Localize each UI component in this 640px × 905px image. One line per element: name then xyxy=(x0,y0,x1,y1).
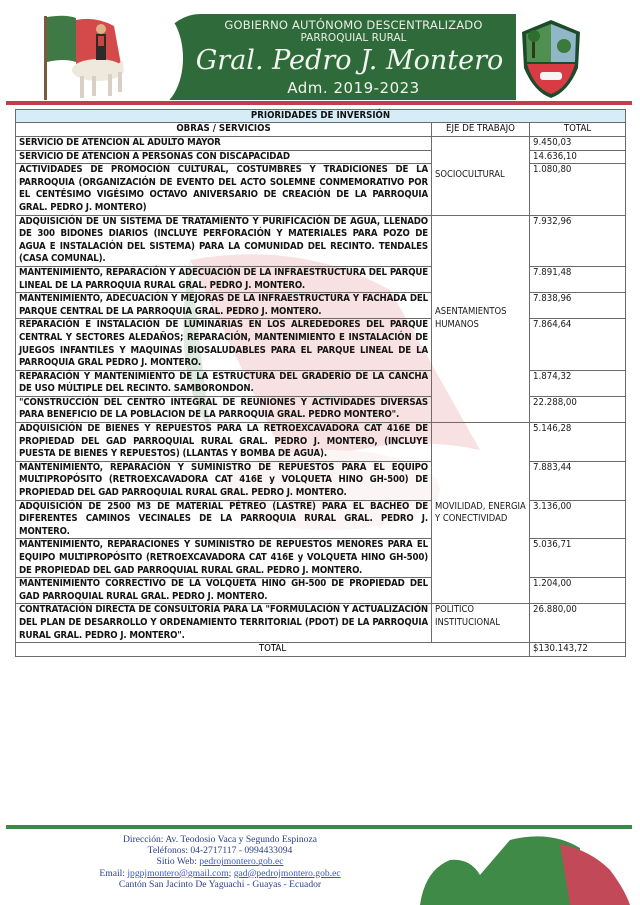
investment-priorities-table: PRIORIDADES DE INVERSIÓN OBRAS / SERVICI… xyxy=(15,109,626,657)
parish-shield-icon xyxy=(518,18,584,100)
obra-cell: REPARACIÓN E INSTALACIÓN DE LUMINARIAS E… xyxy=(16,319,432,370)
header-org-line1: GOBIERNO AUTÓNOMO DESCENTRALIZADO xyxy=(191,18,516,32)
obra-cell: MANTENIMIENTO CORRECTIVO DE LA VOLQUETA … xyxy=(16,578,432,604)
total-cell: 7.932,96 xyxy=(530,215,626,266)
obra-cell: ADQUISICIÓN DE 2500 M3 DE MATERIAL PÉTRE… xyxy=(16,500,432,539)
table-row: SERVICIO DE ATENCION AL ADULTO MAYOR SOC… xyxy=(16,137,626,151)
total-cell: 1.874,32 xyxy=(530,370,626,396)
obra-cell: MANTENIMIENTO, REPARACIÓN Y SUMINISTRO D… xyxy=(16,461,432,500)
column-header-obras: OBRAS / SERVICIOS xyxy=(16,123,432,137)
column-header-eje: EJE DE TRABAJO xyxy=(432,123,530,137)
header-administration: Adm. 2019-2023 xyxy=(191,79,516,97)
email-link-gad[interactable]: gad@pedrojmontero.gob.ec xyxy=(234,868,341,879)
table-row: MANTENIMIENTO, REPARACIÓN Y SUMINISTRO D… xyxy=(16,461,626,500)
total-cell: 26.880,00 xyxy=(530,604,626,643)
total-cell: 1.080,80 xyxy=(530,164,626,215)
table-row: MANTENIMIENTO, ADECUACIÓN Y MEJORAS DE L… xyxy=(16,293,626,319)
eje-cell-asentamientos: ASENTAMIENTOS HUMANOS xyxy=(432,215,530,423)
total-cell: 5.146,28 xyxy=(530,423,626,462)
total-cell: 3.136,00 xyxy=(530,500,626,539)
website-link[interactable]: pedrojmontero.gob.ec xyxy=(199,856,283,867)
obra-cell: ADQUISICIÓN DE BIENES Y REPUESTOS PARA L… xyxy=(16,423,432,462)
total-cell: 5.036,71 xyxy=(530,539,626,578)
email-link-gmail[interactable]: jpgpjmontero@gmail.com xyxy=(127,868,228,879)
total-cell: 22.288,00 xyxy=(530,396,626,422)
header-banner: GOBIERNO AUTÓNOMO DESCENTRALIZADO PARROQ… xyxy=(143,14,516,100)
total-cell: 9.450,03 xyxy=(530,137,626,151)
footer-website: Sitio Web: pedrojmontero.gob.ec xyxy=(60,856,380,867)
table-row: MANTENIMIENTO, REPARACIÓN Y ADECUACIÓN D… xyxy=(16,266,626,292)
total-value: $130.143,72 xyxy=(530,643,626,657)
table-title: PRIORIDADES DE INVERSIÓN xyxy=(16,110,626,123)
total-label: TOTAL xyxy=(16,643,530,657)
total-cell: 7.891,48 xyxy=(530,266,626,292)
header-parish-name: Gral. Pedro J. Montero xyxy=(183,45,516,76)
footer-contact: Dirección: Av. Teodosio Vaca y Segundo E… xyxy=(60,834,380,890)
obra-cell: ACTIVIDADES DE PROMOCIÓN CULTURAL, COSTU… xyxy=(16,164,432,215)
obra-cell: CONTRATACIÓN DIRECTA DE CONSULTORÍA PARA… xyxy=(16,604,432,643)
eje-cell-movilidad: MOVILIDAD, ENERGIA Y CONECTIVIDAD xyxy=(432,423,530,604)
obra-cell: ADQUISICIÓN DE UN SISTEMA DE TRATAMIENTO… xyxy=(16,215,432,266)
column-header-total: TOTAL xyxy=(530,123,626,137)
table-row: CONTRATACIÓN DIRECTA DE CONSULTORÍA PARA… xyxy=(16,604,626,643)
obra-cell: MANTENIMIENTO, REPARACIÓN Y ADECUACIÓN D… xyxy=(16,266,432,292)
footer-email: Email: jpgpjmontero@gmail.com; gad@pedro… xyxy=(60,868,380,879)
total-cell: 14.636,10 xyxy=(530,150,626,164)
footer-divider xyxy=(6,825,632,829)
header-divider xyxy=(6,101,632,105)
total-cell: 7.864,64 xyxy=(530,319,626,370)
footer-location: Cantón San Jacinto De Yaguachi - Guayas … xyxy=(60,879,380,890)
table-row: MANTENIMIENTO CORRECTIVO DE LA VOLQUETA … xyxy=(16,578,626,604)
obra-cell: SERVICIO DE ATENCION AL ADULTO MAYOR xyxy=(16,137,432,151)
eje-cell-sociocultural: SOCIOCULTURAL xyxy=(432,137,530,216)
table-row: ADQUISICIÓN DE 2500 M3 DE MATERIAL PÉTRE… xyxy=(16,500,626,539)
table-row: SERVICIO DE ATENCION A PERSONAS CON DISC… xyxy=(16,150,626,164)
obra-cell: MANTENIMIENTO, ADECUACIÓN Y MEJORAS DE L… xyxy=(16,293,432,319)
table-row: ADQUISICIÓN DE BIENES Y REPUESTOS PARA L… xyxy=(16,423,626,462)
table-row: MANTENIMIENTO, REPARACIONES Y SUMINISTRO… xyxy=(16,539,626,578)
eje-cell-politico: POLITICO INSTITUCIONAL xyxy=(432,604,530,643)
table-row: "CONSTRUCCIÓN DEL CENTRO INTEGRAL DE REU… xyxy=(16,396,626,422)
footer-address: Dirección: Av. Teodosio Vaca y Segundo E… xyxy=(60,834,380,845)
footer-phones: Teléfonos: 04-2717117 - 0994433094 xyxy=(60,845,380,856)
obra-cell: SERVICIO DE ATENCION A PERSONAS CON DISC… xyxy=(16,150,432,164)
obra-cell: MANTENIMIENTO, REPARACIONES Y SUMINISTRO… xyxy=(16,539,432,578)
letterhead: GOBIERNO AUTÓNOMO DESCENTRALIZADO PARROQ… xyxy=(0,0,640,105)
total-cell: 7.883,44 xyxy=(530,461,626,500)
header-org-line2: PARROQUIAL RURAL xyxy=(191,32,516,44)
table-total-row: TOTAL $130.143,72 xyxy=(16,643,626,657)
table-row: ADQUISICIÓN DE UN SISTEMA DE TRATAMIENTO… xyxy=(16,215,626,266)
obra-cell: REPARACIÓN Y MANTENIMIENTO DE LA ESTRUCT… xyxy=(16,370,432,396)
total-cell: 1.204,00 xyxy=(530,578,626,604)
table-row: REPARACIÓN Y MANTENIMIENTO DE LA ESTRUCT… xyxy=(16,370,626,396)
table-row: ACTIVIDADES DE PROMOCIÓN CULTURAL, COSTU… xyxy=(16,164,626,215)
table-row: REPARACIÓN E INSTALACIÓN DE LUMINARIAS E… xyxy=(16,319,626,370)
flag-corner-icon xyxy=(410,830,640,905)
obra-cell: "CONSTRUCCIÓN DEL CENTRO INTEGRAL DE REU… xyxy=(16,396,432,422)
total-cell: 7.838,96 xyxy=(530,293,626,319)
